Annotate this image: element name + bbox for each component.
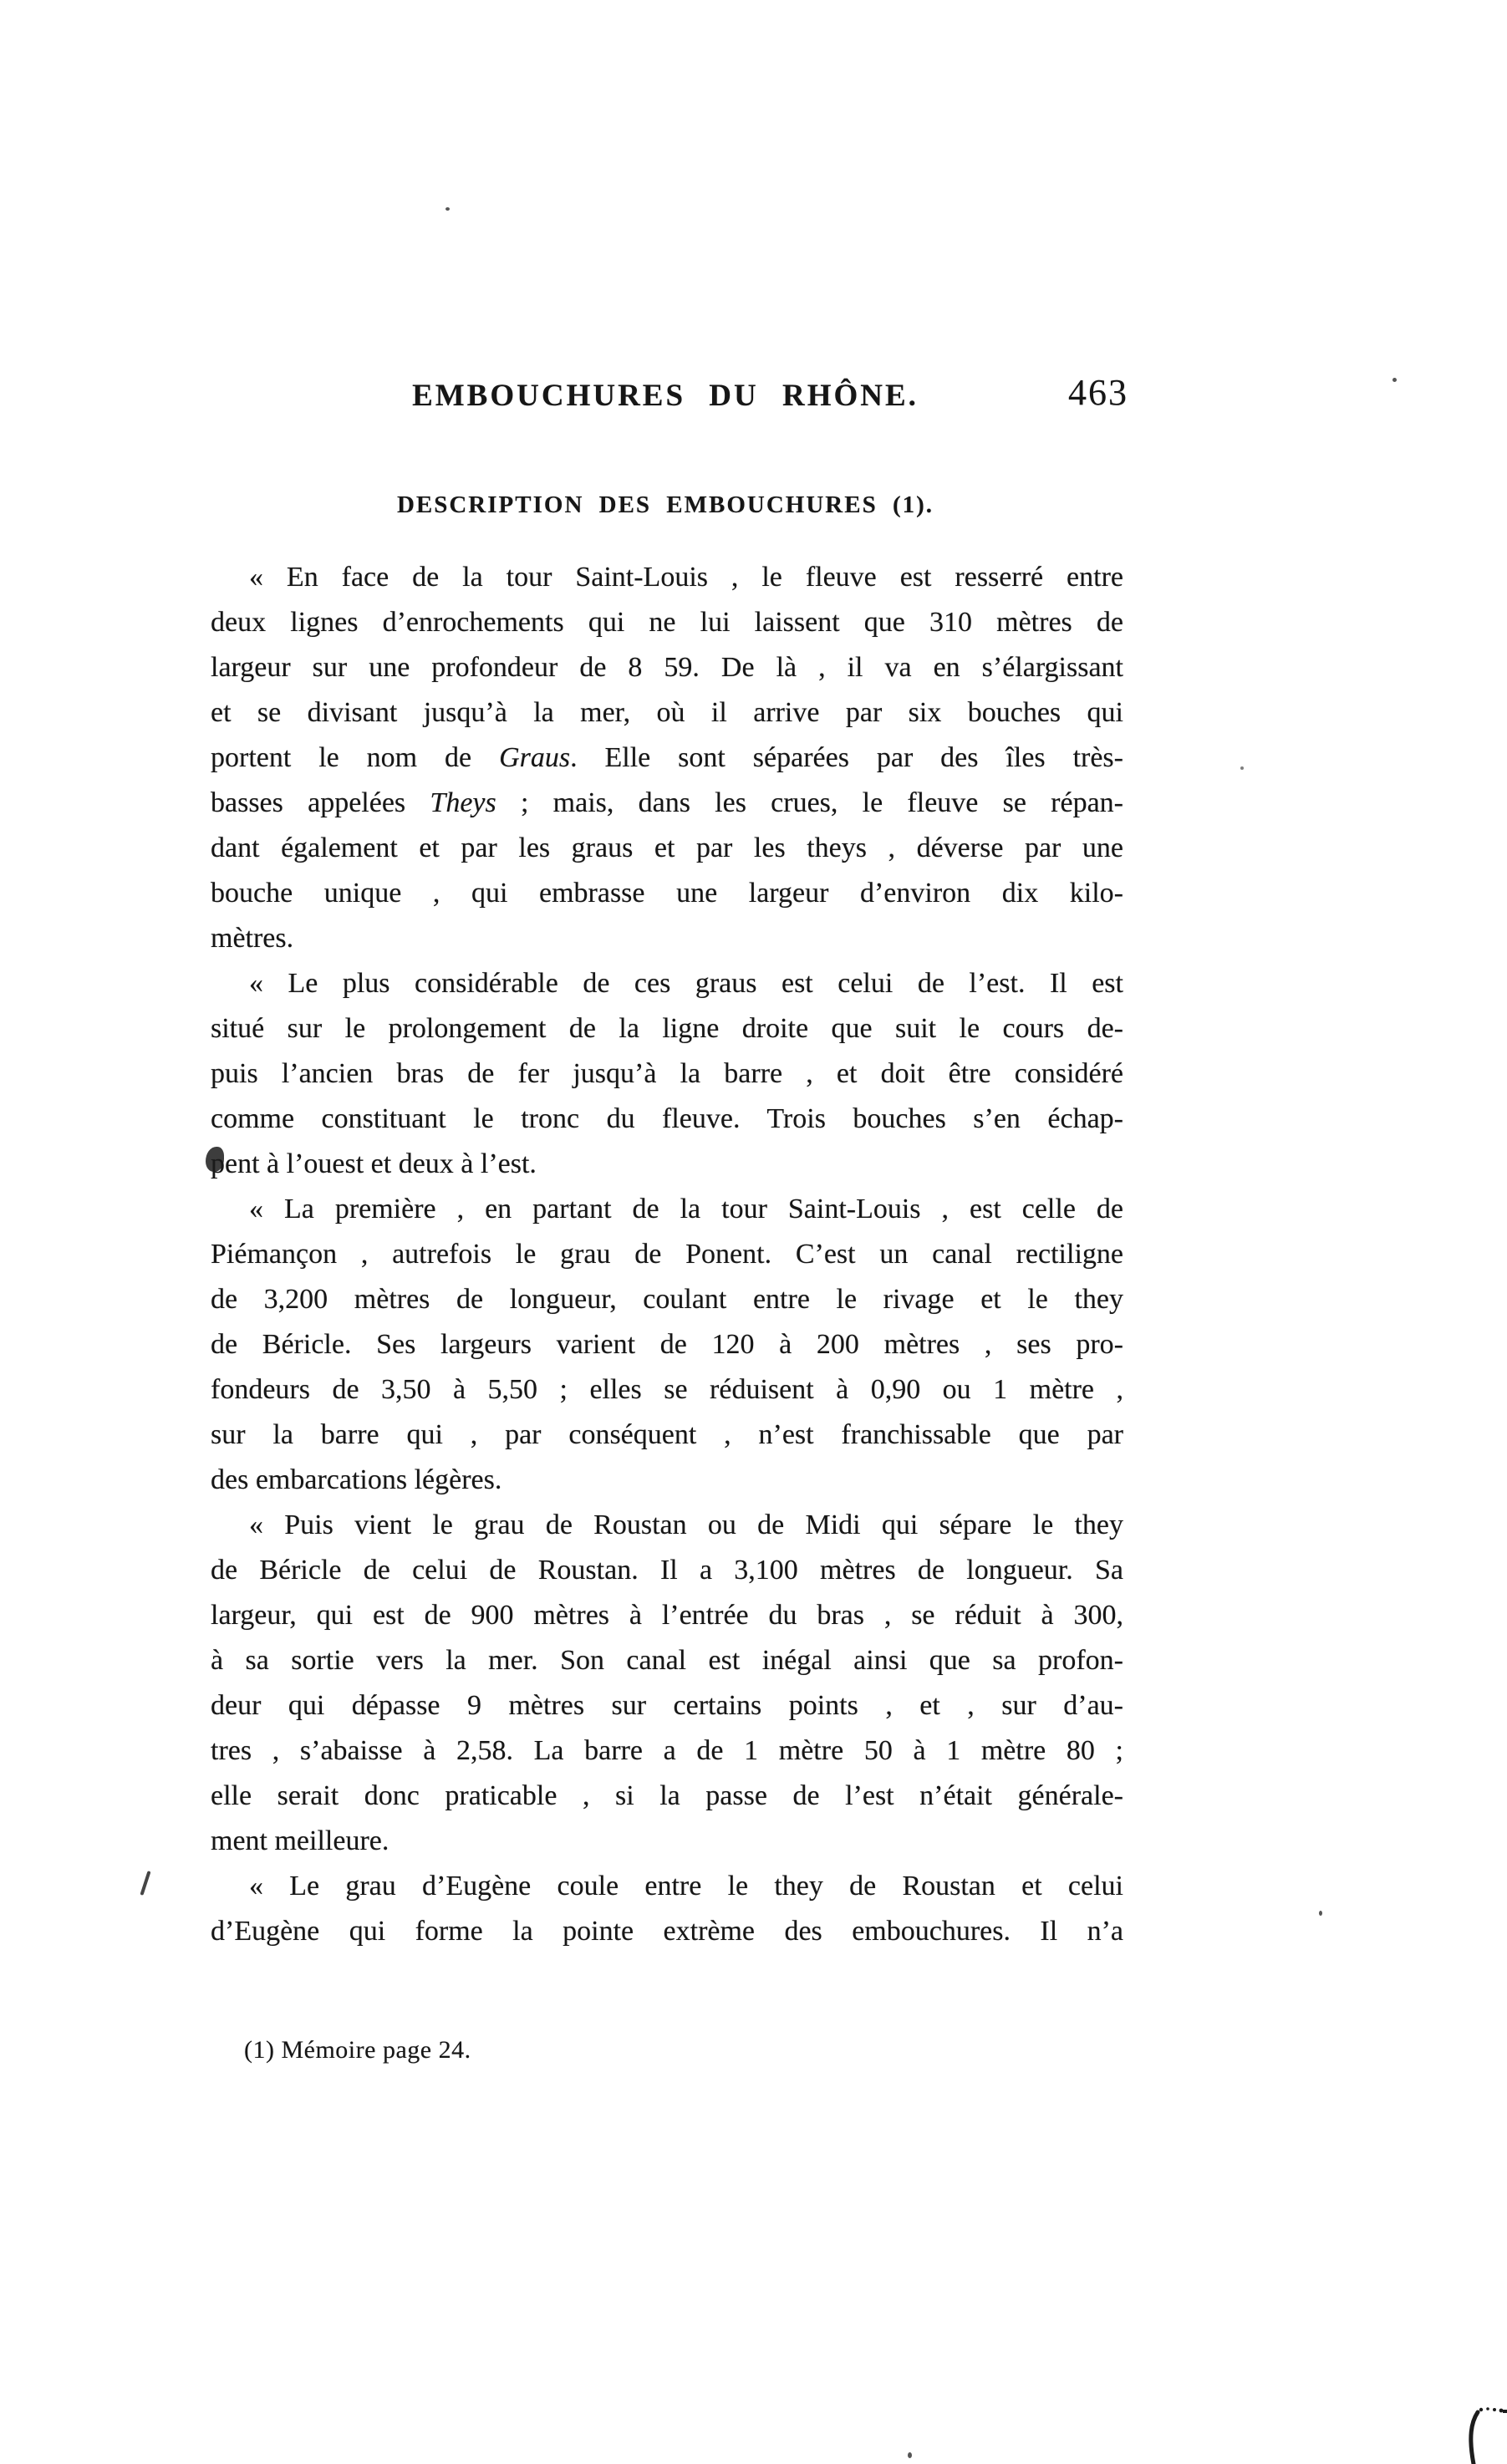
ink-speck [1319,1911,1322,1916]
text-line: de 3,200 mètres de longueur, coulant ent… [211,1277,1123,1322]
text-segment: à sa sortie vers la mer. Son canal est i… [211,1645,1123,1676]
text-line: d’Eugène qui forme la pointe extrème des… [211,1909,1123,1954]
italic-text-segment: Graus [499,742,570,773]
text-line: deux lignes d’enrochements qui ne lui la… [211,600,1123,645]
text-segment: basses appelées [211,787,430,818]
text-line: « Puis vient le grau de Roustan ou de Mi… [211,1503,1123,1548]
text-line: largeur sur une profondeur de 8 59. De l… [211,645,1123,690]
text-segment: « Le grau d’Eugène coule entre le they d… [249,1871,1123,1901]
ink-margin-mark [140,1871,150,1896]
text-segment: « La première , en partant de la tour Sa… [249,1194,1123,1224]
ink-speck [1240,766,1244,770]
text-segment: de Béricle de celui de Roustan. Il a 3,1… [211,1555,1123,1586]
text-line: deur qui dépasse 9 mètres sur certains p… [211,1683,1123,1728]
text-line: comme constituant le tronc du fleuve. Tr… [211,1097,1123,1142]
text-line: ment meilleure. [211,1819,1123,1864]
text-segment: des embarcations légères. [211,1464,501,1495]
text-line: des embarcations légères. [211,1458,1123,1503]
ink-speck [908,2452,912,2458]
section-heading: DESCRIPTION DES EMBOUCHURES (1). [209,491,1122,519]
text-line: « La première , en partant de la tour Sa… [211,1187,1123,1232]
text-line: à sa sortie vers la mer. Son canal est i… [211,1638,1123,1683]
text-segment: « Le plus considérable de ces graus est … [249,968,1123,999]
text-segment: mètres. [211,923,293,954]
text-segment: portent le nom de [211,742,499,773]
text-segment: ; mais, dans les crues, le fleuve se rép… [496,787,1123,818]
italic-text-segment: Theys [430,787,496,818]
text-segment: tres , s’abaisse à 2,58. La barre a de 1… [211,1735,1123,1766]
text-segment: bouche unique , qui embrasse une largeur… [211,878,1123,909]
text-segment: ment meilleure. [211,1825,389,1856]
text-line: largeur, qui est de 900 mètres à l’entré… [211,1593,1123,1638]
text-segment: Piémançon , autrefois le grau de Ponent.… [211,1239,1123,1270]
text-segment: pent à l’ouest et deux à l’est. [211,1148,537,1179]
text-line: elle serait donc praticable , si la pass… [211,1774,1123,1819]
text-line: Piémançon , autrefois le grau de Ponent.… [211,1232,1123,1277]
text-line: « En face de la tour Saint-Louis , le fl… [211,555,1123,600]
text-line: de Béricle. Ses largeurs varient de 120 … [211,1322,1123,1367]
text-segment: d’Eugène qui forme la pointe extrème des… [211,1916,1123,1947]
text-segment: de 3,200 mètres de longueur, coulant ent… [211,1284,1123,1315]
text-segment: sur la barre qui , par conséquent , n’es… [211,1419,1123,1450]
text-line: tres , s’abaisse à 2,58. La barre a de 1… [211,1728,1123,1774]
text-segment: comme constituant le tronc du fleuve. Tr… [211,1103,1123,1134]
text-segment: largeur sur une profondeur de 8 59. De l… [211,652,1123,683]
text-segment: largeur, qui est de 900 mètres à l’entré… [211,1600,1123,1631]
text-segment: de Béricle. Ses largeurs varient de 120 … [211,1329,1123,1360]
text-line: bouche unique , qui embrasse une largeur… [211,871,1123,916]
text-line: portent le nom de Graus. Elle sont sépar… [211,736,1123,781]
text-line: mètres. [211,916,1123,961]
scanned-page: EMBOUCHURES DU RHÔNE. 463 DESCRIPTION DE… [0,0,1507,2464]
footnote: (1) Mémoire page 24. [244,2036,471,2064]
page-number: 463 [961,371,1128,414]
ink-speck [445,207,450,211]
text-segment: « En face de la tour Saint-Louis , le fl… [249,562,1123,593]
ink-flourish-mark [1453,2397,1507,2464]
text-line: et se divisant jusqu’à la mer, où il arr… [211,690,1123,736]
text-line: de Béricle de celui de Roustan. Il a 3,1… [211,1548,1123,1593]
text-line: pent à l’ouest et deux à l’est. [211,1142,1123,1187]
text-segment: . Elle sont séparées par des îles très- [570,742,1123,773]
text-line: sur la barre qui , par conséquent , n’es… [211,1413,1123,1458]
text-segment: elle serait donc praticable , si la pass… [211,1780,1123,1811]
text-segment: et se divisant jusqu’à la mer, où il arr… [211,697,1123,728]
text-line: dant également et par les graus et par l… [211,826,1123,871]
text-segment: situé sur le prolongement de la ligne dr… [211,1013,1123,1044]
text-segment: dant également et par les graus et par l… [211,832,1123,863]
text-line: « Le plus considérable de ces graus est … [211,961,1123,1006]
text-line: fondeurs de 3,50 à 5,50 ; elles se rédui… [211,1367,1123,1413]
body-text: « En face de la tour Saint-Louis , le fl… [211,555,1123,1954]
ink-speck [1392,378,1397,382]
text-line: « Le grau d’Eugène coule entre le they d… [211,1864,1123,1909]
text-line: basses appelées Theys ; mais, dans les c… [211,781,1123,826]
text-segment: fondeurs de 3,50 à 5,50 ; elles se rédui… [211,1374,1123,1405]
text-line: puis l’ancien bras de fer jusqu’à la bar… [211,1051,1123,1097]
text-segment: « Puis vient le grau de Roustan ou de Mi… [249,1509,1123,1540]
text-segment: deux lignes d’enrochements qui ne lui la… [211,607,1123,638]
text-line: situé sur le prolongement de la ligne dr… [211,1006,1123,1051]
text-segment: puis l’ancien bras de fer jusqu’à la bar… [211,1058,1123,1089]
text-segment: deur qui dépasse 9 mètres sur certains p… [211,1690,1123,1721]
